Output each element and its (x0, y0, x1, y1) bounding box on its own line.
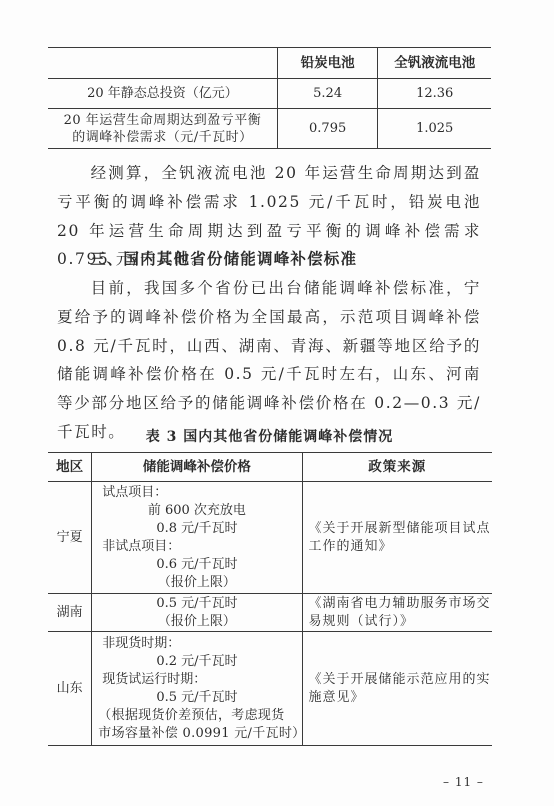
price-note-line: （根据现货价差预估，考虑现货 (92, 707, 301, 725)
price-line: 试点项目： (92, 484, 301, 502)
cell-region: 湖南 (48, 594, 92, 632)
table-caption: 表 3 国内其他省份储能调峰补偿情况 (48, 426, 491, 448)
price-line: 现货试运行时期： (92, 671, 301, 689)
price-line: 前 600 次充放电 (92, 502, 301, 520)
paragraph-text: 目前，我国多个省份已出台储能调峰补偿标准，宁夏给予的调峰补偿价格为全国最高，示范… (57, 279, 481, 441)
header-region: 地区 (48, 453, 92, 482)
header-source: 政策来源 (302, 453, 492, 482)
price-line: 0.2 元/千瓦时 (92, 653, 301, 671)
page-number: – 11 – (443, 775, 484, 789)
price-line: 非现货时期： (92, 635, 301, 653)
price-line: 0.8 元/千瓦时 (92, 520, 301, 538)
table-row-shandong: 山东 非现货时期： 0.2 元/千瓦时 现货试运行时期： 0.5 元/千瓦时 （… (48, 632, 492, 746)
row-label-line: 20 年运营生命周期达到盈亏平衡 (64, 113, 262, 128)
price-note-line: 市场容量补偿 0.0991 元/千瓦时） (92, 725, 301, 743)
price-line: （报价上限） (92, 574, 301, 592)
table-row: 20 年运营生命周期达到盈亏平衡 的调峰补偿需求（元/千瓦时） 0.795 1.… (48, 109, 491, 149)
cell-source: 《湖南省电力辅助服务市场交易规则（试行）》 (302, 594, 492, 632)
cell-price: 非现货时期： 0.2 元/千瓦时 现货试运行时期： 0.5 元/千瓦时 （根据现… (92, 632, 302, 746)
row-label-static-investment: 20 年静态总投资（亿元） (48, 79, 277, 109)
table-header-row: 铅炭电池 全钒液流电池 (48, 48, 491, 79)
battery-comparison-table: 铅炭电池 全钒液流电池 20 年静态总投资（亿元） 5.24 12.36 20 … (48, 47, 491, 149)
section-heading: 三、国内其他省份储能调峰补偿标准 (90, 245, 357, 273)
cell-region: 宁夏 (48, 482, 92, 594)
header-empty-cell (48, 48, 277, 79)
row-label-line: 的调峰补偿需求（元/千瓦时） (72, 130, 252, 145)
province-compensation-table: 地区 储能调峰补偿价格 政策来源 宁夏 试点项目： 前 600 次充放电 0.8… (48, 452, 492, 746)
table-row-ningxia: 宁夏 试点项目： 前 600 次充放电 0.8 元/千瓦时 非试点项目： 0.6… (48, 482, 492, 594)
header-vanadium-flow: 全钒液流电池 (378, 48, 491, 79)
cell-vanadium-compensation: 1.025 (378, 109, 491, 149)
price-line: 非试点项目： (92, 538, 301, 556)
price-line: 0.5 元/千瓦时 (92, 689, 301, 707)
cell-source: 《关于开展储能示范应用的实施意见》 (302, 632, 492, 746)
cell-lead-carbon-compensation: 0.795 (277, 109, 378, 149)
price-line: 0.6 元/千瓦时 (92, 556, 301, 574)
price-line: （报价上限） (92, 613, 301, 631)
header-price: 储能调峰补偿价格 (92, 453, 302, 482)
table-row: 20 年静态总投资（亿元） 5.24 12.36 (48, 79, 491, 109)
cell-vanadium-investment: 12.36 (378, 79, 491, 109)
document-page: 铅炭电池 全钒液流电池 20 年静态总投资（亿元） 5.24 12.36 20 … (0, 0, 554, 806)
paragraph-provinces: 目前，我国多个省份已出台储能调峰补偿标准，宁夏给予的调峰补偿价格为全国最高，示范… (57, 274, 481, 447)
cell-lead-carbon-investment: 5.24 (277, 79, 378, 109)
header-lead-carbon: 铅炭电池 (277, 48, 378, 79)
row-label-compensation-demand: 20 年运营生命周期达到盈亏平衡 的调峰补偿需求（元/千瓦时） (48, 109, 277, 149)
table-header-row: 地区 储能调峰补偿价格 政策来源 (48, 453, 492, 482)
cell-price: 0.5 元/千瓦时 （报价上限） (92, 594, 302, 632)
cell-price: 试点项目： 前 600 次充放电 0.8 元/千瓦时 非试点项目： 0.6 元/… (92, 482, 302, 594)
table-row-hunan: 湖南 0.5 元/千瓦时 （报价上限） 《湖南省电力辅助服务市场交易规则（试行）… (48, 594, 492, 632)
cell-region: 山东 (48, 632, 92, 746)
cell-source: 《关于开展新型储能项目试点工作的通知》 (302, 482, 492, 594)
price-line: 0.5 元/千瓦时 (92, 595, 301, 613)
